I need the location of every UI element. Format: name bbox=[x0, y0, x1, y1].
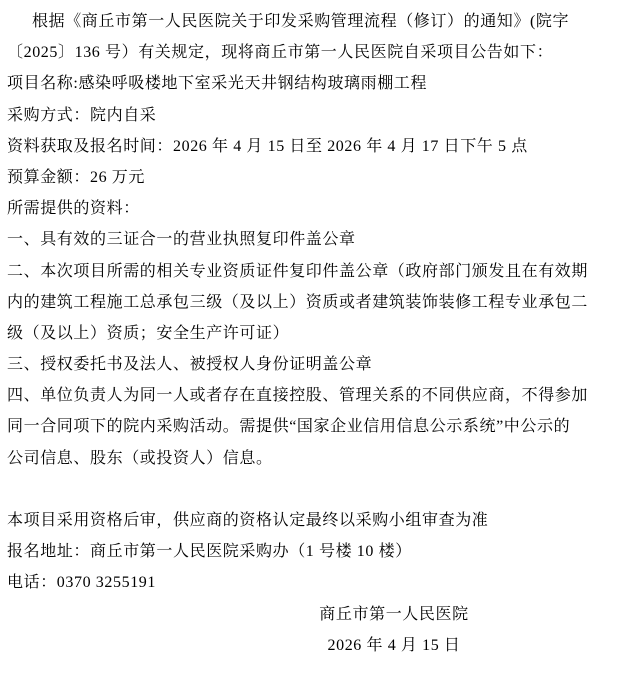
requirement-4-line-2: 同一合同项下的院内采购活动。需提供“国家企业信用信息公示系统”中公示的 bbox=[7, 411, 624, 442]
project-name-line: 项目名称:感染呼吸楼地下室采光天井钢结构玻璃雨棚工程 bbox=[7, 68, 624, 99]
requirement-2-line-3: 级（及以上）资质；安全生产许可证） bbox=[7, 318, 624, 349]
requirement-2-line-1: 二、本次项目所需的相关专业资质证件复印件盖公章（政府部门颁发且在有效期 bbox=[7, 256, 624, 287]
procurement-method-line: 采购方式：院内自采 bbox=[7, 100, 624, 131]
signature-org: 商丘市第一人民医院 bbox=[7, 599, 624, 630]
intro-line-1: 根据《商丘市第一人民医院关于印发采购管理流程（修订）的通知》(院字 bbox=[7, 6, 624, 37]
qualification-review-note: 本项目采用资格后审，供应商的资格认定最终以采购小组审查为准 bbox=[7, 505, 624, 536]
registration-time-line: 资料获取及报名时间：2026 年 4 月 15 日至 2026 年 4 月 17… bbox=[7, 131, 624, 162]
required-materials-heading: 所需提供的资料： bbox=[7, 193, 624, 224]
announcement-document: 根据《商丘市第一人民医院关于印发采购管理流程（修订）的通知》(院字 〔2025〕… bbox=[0, 0, 632, 661]
requirement-3-line: 三、授权委托书及法人、被授权人身份证明盖公章 bbox=[7, 349, 624, 380]
phone-line: 电话：0370 3255191 bbox=[7, 567, 624, 598]
budget-line: 预算金额：26 万元 bbox=[7, 162, 624, 193]
requirement-2-line-2: 内的建筑工程施工总承包三级（及以上）资质或者建筑装饰装修工程专业承包二 bbox=[7, 287, 624, 318]
registration-address-line: 报名地址：商丘市第一人民医院采购办（1 号楼 10 楼） bbox=[7, 536, 624, 567]
requirement-4-line-1: 四、单位负责人为同一人或者存在直接控股、管理关系的不同供应商，不得参加 bbox=[7, 380, 624, 411]
requirement-4-line-3: 公司信息、股东（或投资人）信息。 bbox=[7, 443, 624, 474]
blank-line bbox=[7, 474, 624, 505]
requirement-1-line: 一、具有效的三证合一的营业执照复印件盖公章 bbox=[7, 224, 624, 255]
intro-line-2: 〔2025〕136 号）有关规定，现将商丘市第一人民医院自采项目公告如下： bbox=[7, 37, 624, 68]
signature-date: 2026 年 4 月 15 日 bbox=[7, 630, 624, 661]
